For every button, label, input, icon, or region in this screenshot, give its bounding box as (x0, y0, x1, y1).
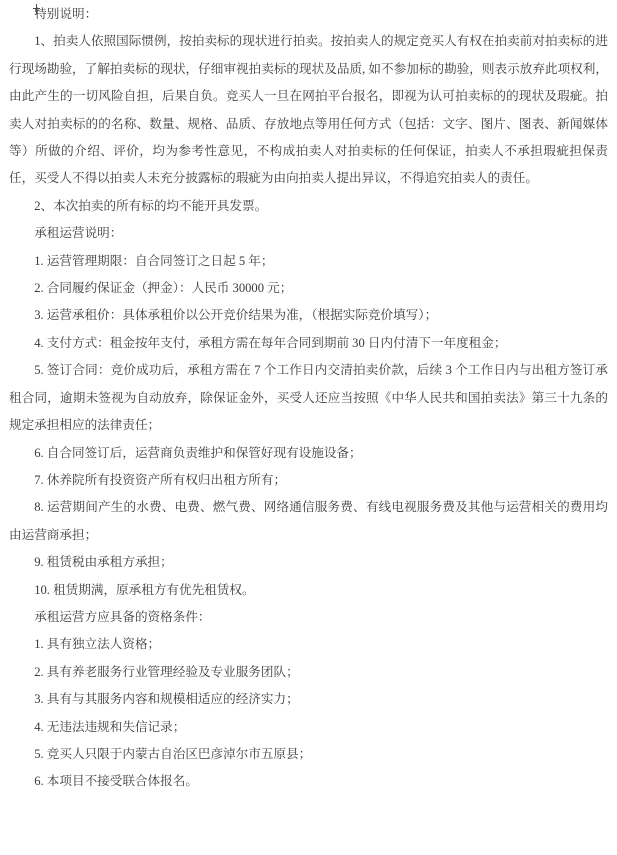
qualification-heading: 承租运营方应具备的资格条件： (9, 604, 608, 631)
lease-term-1: 1. 运营管理期限：自合同签订之日起 5 年； (9, 248, 608, 275)
lease-term-2: 2. 合同履约保证金（押金）：人民币 30000 元； (9, 275, 608, 302)
special-note-1: 1、拍卖人依照国际惯例，按拍卖标的现状进行拍卖。按拍卖人的规定竞买人有权在拍卖前… (9, 28, 608, 192)
qualification-4: 4. 无违法违规和失信记录； (9, 714, 608, 741)
lease-term-3: 3. 运营承租价：具体承租价以公开竞价结果为准，（根据实际竞价填写）； (9, 302, 608, 329)
special-note-2: 2、本次拍卖的所有标的均不能开具发票。 (9, 193, 608, 220)
lease-term-9: 9. 租赁税由承租方承担； (9, 549, 608, 576)
qualification-1: 1. 具有独立法人资格； (9, 631, 608, 658)
lease-term-4: 4. 支付方式：租金按年支付，承租方需在每年合同到期前 30 日内付清下一年度租… (9, 330, 608, 357)
lease-term-6: 6. 自合同签订后，运营商负责维护和保管好现有设施设备； (9, 440, 608, 467)
lease-term-8: 8. 运营期间产生的水费、电费、燃气费、网络通信服务费、有线电视服务费及其他与运… (9, 494, 608, 549)
qualification-2: 2. 具有养老服务行业管理经验及专业服务团队； (9, 659, 608, 686)
lease-operation-heading: 承租运营说明： (9, 220, 608, 247)
qualification-5: 5. 竞买人只限于内蒙古自治区巴彦淖尔市五原县； (9, 741, 608, 768)
cropped-text-artifact (33, 4, 40, 14)
qualification-3: 3. 具有与其服务内容和规模相适应的经济实力； (9, 686, 608, 713)
lease-term-10: 10. 租赁期满，原承租方有优先租赁权。 (9, 577, 608, 604)
special-notes-heading: 特别说明： (9, 1, 608, 28)
lease-term-5: 5. 签订合同：竞价成功后，承租方需在 7 个工作日内交清拍卖价款，后续 3 个… (9, 357, 608, 439)
qualification-6: 6. 本项目不接受联合体报名。 (9, 768, 608, 795)
lease-term-7: 7. 休养院所有投资资产所有权归出租方所有； (9, 467, 608, 494)
document-page: 特别说明： 1、拍卖人依照国际惯例，按拍卖标的现状进行拍卖。按拍卖人的规定竞买人… (0, 0, 617, 855)
